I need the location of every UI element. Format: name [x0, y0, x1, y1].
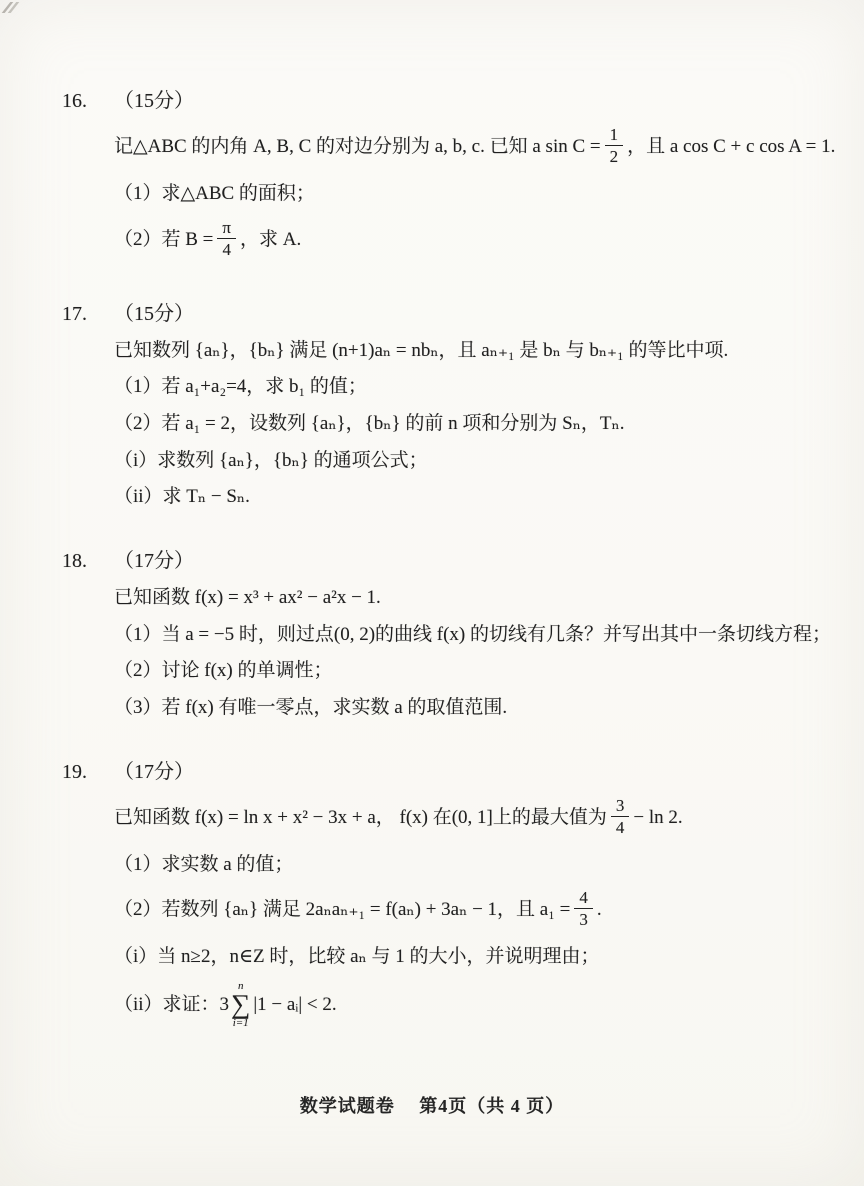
statement-text: （2）若 B = — [114, 229, 213, 250]
statement-text: ，且 a cos C + c cos A = 1. — [627, 136, 835, 157]
fraction-denominator: 4 — [611, 817, 630, 837]
fraction-denominator: 4 — [217, 239, 236, 259]
sub-question-2: （2）若数列 {aₙ} 满足 2aₙaₙ₊₁ = f(aₙ) + 3aₙ − 1… — [114, 888, 828, 933]
fraction-numerator: 1 — [605, 125, 624, 146]
fraction: 43 — [574, 888, 593, 929]
statement-text: 已知函数 f(x) = ln x + x² − 3x + a， f(x) 在(0… — [114, 806, 607, 827]
exam-page: 16.（15分） 记△ABC 的内角 A, B, C 的对边分别为 a, b, … — [0, 0, 864, 1186]
problem-statement: 记△ABC 的内角 A, B, C 的对边分别为 a, b, c. 已知 a s… — [114, 125, 828, 170]
problem-17-header: 17.（15分） — [62, 297, 828, 326]
sub-question-1: （1）当 a = −5 时，则过点(0, 2)的曲线 f(x) 的切线有几条？并… — [114, 622, 828, 648]
sub-question-i: （i）当 n≥2，n∈Z 时，比较 aₙ 与 1 的大小，并说明理由； — [114, 944, 828, 970]
problem-16: 16.（15分） 记△ABC 的内角 A, B, C 的对边分别为 a, b, … — [62, 84, 828, 263]
statement-text: − ln 2. — [633, 806, 682, 827]
summation-lower-limit: i=1 — [233, 1018, 249, 1029]
fraction-denominator: 2 — [605, 146, 624, 166]
sub-question-ii: （ii）求 Tₙ − Sₙ. — [114, 484, 828, 510]
summation: n∑i=1 — [231, 981, 250, 1029]
problem-18-body: 已知函数 f(x) = x³ + ax² − a²x − 1. （1）当 a =… — [114, 585, 828, 721]
problem-16-header: 16.（15分） — [62, 84, 828, 113]
fraction-denominator: 3 — [574, 909, 593, 929]
sub-question-i: （i）求数列 {aₙ}，{bₙ} 的通项公式； — [114, 448, 828, 474]
fraction: 12 — [605, 125, 624, 166]
statement-text: （2）若数列 {aₙ} 满足 2aₙaₙ₊₁ = f(aₙ) + 3aₙ − 1… — [114, 899, 570, 920]
problem-17-body: 已知数列 {aₙ}，{bₙ} 满足 (n+1)aₙ = nbₙ，且 aₙ₊₁ 是… — [114, 338, 828, 510]
problem-19: 19.（17分） 已知函数 f(x) = ln x + x² − 3x + a，… — [62, 755, 828, 1031]
statement-text: ，求 A. — [240, 229, 301, 250]
statement-text: 记△ABC 的内角 A, B, C 的对边分别为 a, b, c. 已知 a s… — [114, 136, 601, 157]
problem-number: 17. — [62, 303, 114, 326]
sub-question-1: （1）求△ABC 的面积； — [114, 181, 828, 207]
sub-question-ii: （ii）求证：3n∑i=1|1 − aᵢ| < 2. — [114, 981, 828, 1031]
problem-18: 18.（17分） 已知函数 f(x) = x³ + ax² − a²x − 1.… — [62, 544, 828, 721]
problem-number: 16. — [62, 90, 114, 113]
sub-question-2: （2）讨论 f(x) 的单调性； — [114, 658, 828, 684]
page-footer: 数学试题卷 第4页（共 4 页） — [0, 1092, 864, 1118]
problem-19-header: 19.（17分） — [62, 755, 828, 784]
problem-statement: 已知函数 f(x) = x³ + ax² − a²x − 1. — [114, 585, 828, 611]
problem-statement: 已知函数 f(x) = ln x + x² − 3x + a， f(x) 在(0… — [114, 796, 828, 841]
sub-question-2: （2）若 a₁ = 2，设数列 {aₙ}，{bₙ} 的前 n 项和分别为 Sₙ，… — [114, 411, 828, 437]
sigma-icon: ∑ — [231, 992, 250, 1018]
fraction-numerator: 4 — [574, 888, 593, 909]
problem-score: （15分） — [114, 303, 194, 325]
fraction-numerator: 3 — [611, 796, 630, 817]
problem-19-body: 已知函数 f(x) = ln x + x² − 3x + a， f(x) 在(0… — [114, 796, 828, 1031]
sub-question-3: （3）若 f(x) 有唯一零点，求实数 a 的取值范围. — [114, 695, 828, 721]
fraction: 34 — [611, 796, 630, 837]
problem-18-header: 18.（17分） — [62, 544, 828, 573]
problem-score: （15分） — [114, 90, 194, 112]
sub-question-1: （1）求实数 a 的值； — [114, 852, 828, 878]
statement-text: |1 − aᵢ| < 2. — [253, 994, 336, 1015]
problem-16-body: 记△ABC 的内角 A, B, C 的对边分别为 a, b, c. 已知 a s… — [114, 125, 828, 263]
problem-number: 19. — [62, 761, 114, 784]
problem-17: 17.（15分） 已知数列 {aₙ}，{bₙ} 满足 (n+1)aₙ = nbₙ… — [62, 297, 828, 510]
sub-question-2: （2）若 B =π4，求 A. — [114, 218, 828, 263]
fraction-numerator: π — [217, 218, 236, 239]
fraction: π4 — [217, 218, 236, 259]
problem-score: （17分） — [114, 761, 194, 783]
problem-score: （17分） — [114, 550, 194, 572]
scan-artifact — [2, 2, 14, 13]
problem-number: 18. — [62, 550, 114, 573]
sub-question-1: （1）若 a₁+a₂=4，求 b₁ 的值； — [114, 374, 828, 400]
statement-text: . — [597, 899, 602, 920]
problem-statement: 已知数列 {aₙ}，{bₙ} 满足 (n+1)aₙ = nbₙ，且 aₙ₊₁ 是… — [114, 338, 828, 364]
statement-text: （ii）求证：3 — [114, 994, 229, 1015]
